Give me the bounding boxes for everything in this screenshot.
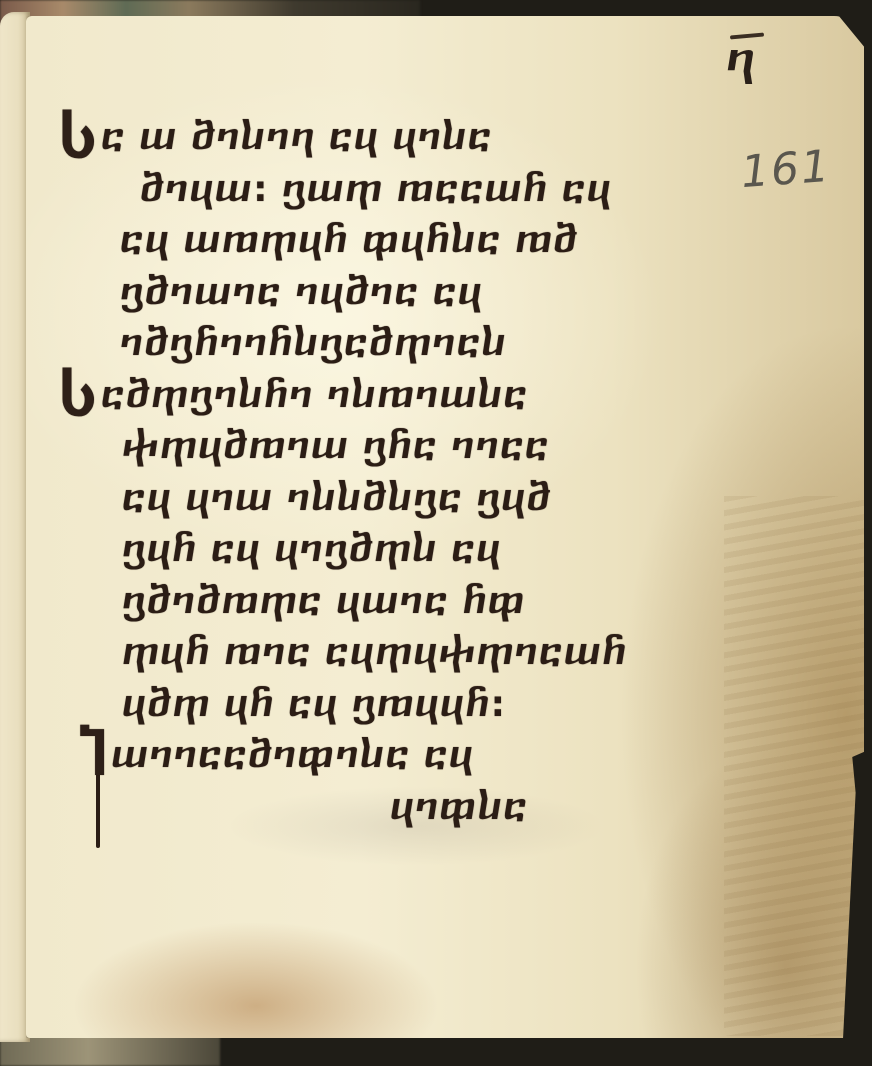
text-line: Ⴑⴀⴋⴅⴂⴈⴑⴌⴈ ⴈⴑⴊⴈⴍⴑⴀ xyxy=(60,370,700,422)
text-line: ⴂⴋⴈⴍⴈⴀ ⴈⴗⴋⴈⴀ ⴀⴗ xyxy=(60,267,700,319)
initial-letter: Ⴈ xyxy=(80,735,107,775)
manuscript-text: Ⴑⴀ ⴍ ⴋⴈⴑⴈⴄ ⴀⴗ ⴗⴈⴑⴀ ⴋⴈⴗⴍ: ⴂⴍⴅ ⴊⴀⴀⴍⴌ ⴀⴗ ⴀⴗ… xyxy=(60,112,700,833)
text-line: ⴀⴗ ⴗⴈⴍ ⴈⴑⴑⴋⴑⴂⴀ ⴂⴗⴋ xyxy=(60,473,700,525)
text-line: ⴕⴅⴗⴋⴊⴈⴍ ⴂⴌⴀ ⴈⴈⴀⴀ xyxy=(60,421,700,473)
text-line: Ⴈⴍⴈⴈⴀⴀⴋⴈⴔⴈⴑⴀ ⴀⴗ xyxy=(60,730,700,782)
initial-letter: Ⴑ xyxy=(60,117,97,157)
text-line: ⴅⴗⴌ ⴊⴈⴀ ⴀⴗⴅⴗⴕⴅⴈⴀⴍⴌ xyxy=(60,627,700,679)
text-line: ⴈⴋⴂⴌⴈⴈⴌⴑⴂⴀⴋⴅⴈⴀⴑ xyxy=(60,318,700,370)
text-line: ⴂⴗⴌ ⴀⴗ ⴗⴈⴂⴋⴅⴑ ⴀⴗ xyxy=(60,524,700,576)
pencil-folio-number: 161 xyxy=(739,141,832,198)
text-line: ⴗⴋⴅ ⴗⴌ ⴀⴗ ⴂⴊⴗⴗⴌ: xyxy=(60,679,700,731)
text-line: ⴗⴈⴔⴑⴀ xyxy=(60,782,700,834)
manuscript-folio: ⴄ 161 Ⴑⴀ ⴍ ⴋⴈⴑⴈⴄ ⴀⴗ ⴗⴈⴑⴀ ⴋⴈⴗⴍ: ⴂⴍⴅ ⴊⴀⴀⴍⴌ… xyxy=(26,16,864,1038)
initial-letter: Ⴑ xyxy=(60,375,97,415)
text-line: ⴀⴗ ⴍⴊⴅⴗⴌ ⴔⴗⴌⴑⴀ ⴊⴋ xyxy=(60,215,700,267)
text-line: ⴋⴈⴗⴍ: ⴂⴍⴅ ⴊⴀⴀⴍⴌ ⴀⴗ xyxy=(60,164,700,216)
folio-letter: ⴄ xyxy=(726,34,755,85)
previous-page-edge xyxy=(0,12,30,1042)
folio-letter-marker: ⴄ xyxy=(726,38,755,82)
text-line: Ⴑⴀ ⴍ ⴋⴈⴑⴈⴄ ⴀⴗ ⴗⴈⴑⴀ xyxy=(60,112,700,164)
text-line: ⴂⴋⴈⴋⴊⴅⴀ ⴗⴍⴈⴀ ⴌⴔ xyxy=(60,576,700,628)
water-stain xyxy=(724,496,864,1036)
